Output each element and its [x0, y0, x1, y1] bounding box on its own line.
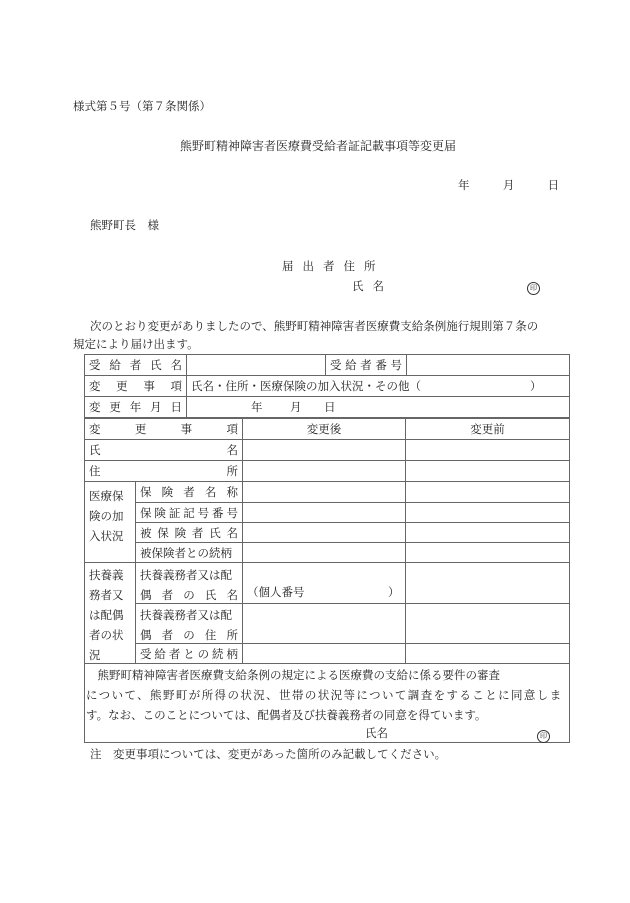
- supporter-relation-label: 受 給 者 と の 続 柄: [136, 644, 242, 663]
- date-month: 月: [503, 178, 515, 192]
- consent-name-field[interactable]: [374, 724, 548, 741]
- addressee: 熊野町長 様: [90, 217, 159, 233]
- insured-name-before-field[interactable]: [406, 523, 569, 542]
- date-line: 年 月 日: [458, 177, 559, 193]
- address-before-field[interactable]: [406, 461, 569, 481]
- change-item-close-paren: ）: [530, 378, 542, 394]
- insured-name-label: 被 保 険 者 氏 名: [136, 523, 242, 542]
- consent-line-2: について、熊野町が所得の状況、世帯の状況等について調査をすることに同意しま: [86, 687, 563, 703]
- header-after: 変更後: [243, 419, 405, 439]
- card-number-before-field[interactable]: [406, 503, 569, 522]
- insurance-card-number-label: 保 険 証 記 号 番 号: [136, 503, 242, 522]
- consent-line-1: 熊野町精神障害者医療費支給条例の規定による医療費の支給に係る要件の審査: [86, 667, 500, 683]
- supporter-address-label: 扶養義務者又は配 偶 者 の 住 所: [140, 605, 238, 645]
- footnote: 注 変更事項については、変更があった箇所のみ記載してください。: [90, 746, 446, 762]
- supporter-name-after-field[interactable]: （個人番号 ）: [243, 563, 405, 603]
- change-item-field[interactable]: 氏名・住所・医療保険の加入状況・その他（ ）: [187, 376, 569, 396]
- document-title: 熊野町精神障害者医療費受給者証記載事項等変更届: [180, 137, 456, 154]
- change-date-field[interactable]: 年 月 日: [187, 397, 569, 417]
- recipient-name-label: 受 給 者 氏 名: [85, 355, 186, 375]
- intro-line-1: 次のとおり変更がありましたので、熊野町精神障害者医療費支給条例施行規則第７条の: [90, 318, 538, 334]
- address-after-field[interactable]: [243, 461, 405, 481]
- recipient-name-field[interactable]: [187, 355, 325, 375]
- date-year: 年: [458, 178, 470, 192]
- supporter-relation-after-field[interactable]: [243, 644, 405, 663]
- date-day: 日: [548, 178, 560, 192]
- insured-name-after-field[interactable]: [243, 523, 405, 542]
- intro-line-2: 規定により届け出ます。: [73, 336, 199, 352]
- supporter-group-label: 扶養義 務者又 は配偶 者の状 況: [89, 565, 124, 665]
- header-change-item: 変 更 事 項: [85, 419, 242, 439]
- recipient-number-field[interactable]: [407, 355, 569, 375]
- supporter-address-before-field[interactable]: [406, 604, 569, 643]
- consent-line-3: す。なお、このことについては、配偶者及び扶養義務者の同意を得ています。: [86, 707, 486, 723]
- insurer-name-label: 保 険 者 名 称: [136, 482, 242, 502]
- row-name-label: 氏 名: [85, 440, 242, 460]
- applicant-address-label: 届 出 者 住 所: [282, 258, 376, 274]
- recipient-number-label: 受 給 者 番 号: [326, 355, 406, 375]
- supporter-relation-before-field[interactable]: [406, 644, 569, 663]
- header-before: 変更前: [406, 419, 569, 439]
- insurance-group-label: 医療保 険の加 入状況: [89, 486, 124, 546]
- change-item-label: 変 更 事 項: [85, 376, 186, 396]
- change-date-label: 変 更 年 月 日: [85, 397, 186, 417]
- supporter-address-after-field[interactable]: [243, 604, 405, 643]
- personal-number-label: （個人番号: [247, 584, 305, 600]
- supporter-name-before-field[interactable]: [406, 563, 569, 603]
- row-address-label: 住 所: [85, 461, 242, 481]
- insurer-name-after-field[interactable]: [243, 482, 405, 502]
- seal-icon: 印: [527, 282, 540, 295]
- card-number-after-field[interactable]: [243, 503, 405, 522]
- name-after-field[interactable]: [243, 440, 405, 460]
- seal-icon: 印: [537, 730, 550, 743]
- supporter-name-label: 扶養義務者又は配 偶 者 の 氏 名: [140, 565, 238, 605]
- insured-relation-before-field[interactable]: [406, 543, 569, 562]
- insurer-name-before-field[interactable]: [406, 482, 569, 502]
- insured-relation-after-field[interactable]: [243, 543, 405, 562]
- name-before-field[interactable]: [406, 440, 569, 460]
- change-item-options: 氏名・住所・医療保険の加入状況・その他（: [191, 378, 421, 394]
- form-number: 様式第５号（第７条関係）: [73, 98, 211, 114]
- insured-relation-label: 被保険者との続柄: [136, 543, 242, 562]
- applicant-name-label: 氏 名: [352, 278, 384, 294]
